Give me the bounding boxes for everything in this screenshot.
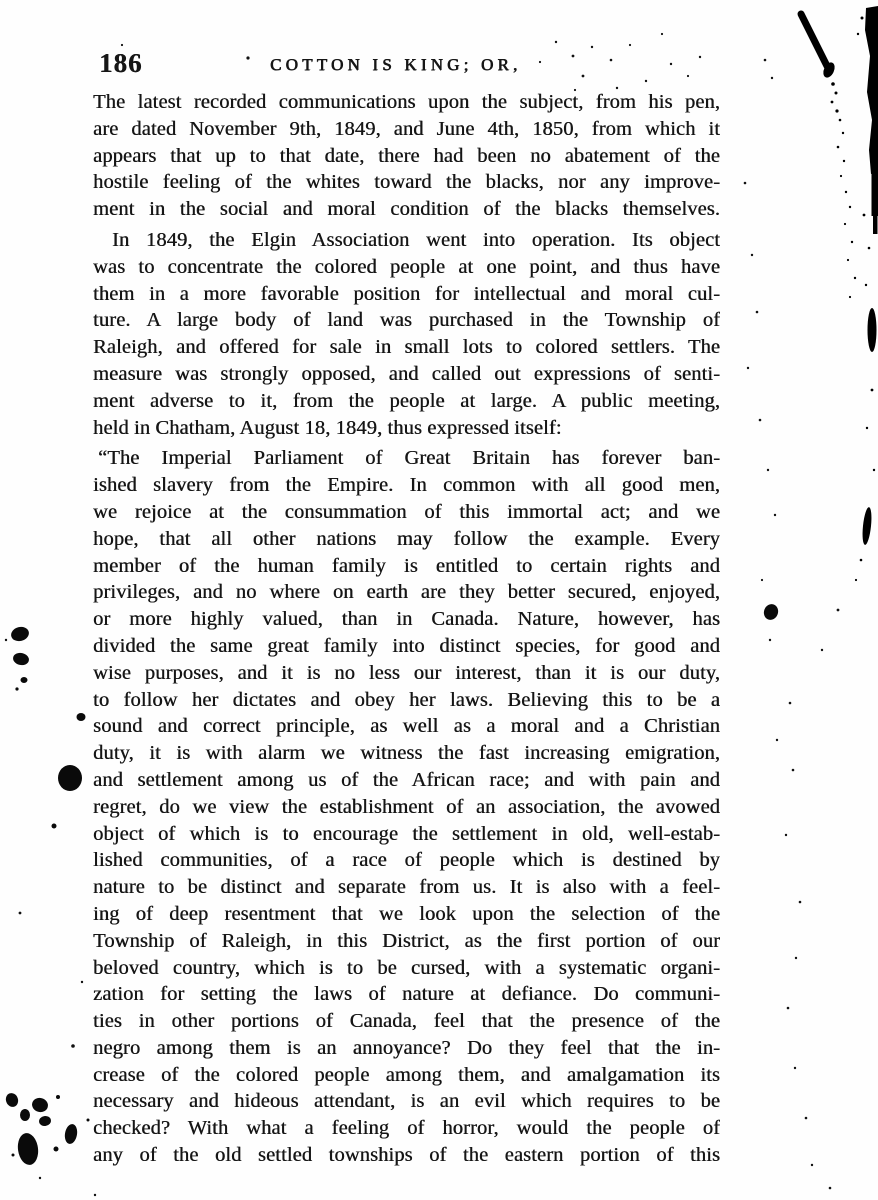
text-line: beloved country, which is to be cursed, …: [93, 955, 720, 982]
text-line: lished communities, of a race of people …: [93, 847, 720, 874]
paragraph: In 1849, the Elgin Association went into…: [93, 227, 720, 441]
text-line: object of which is to encourage the sett…: [93, 821, 720, 848]
text-line: privileges, and no where on earth are th…: [93, 579, 720, 606]
text-line: are dated November 9th, 1849, and June 4…: [93, 116, 720, 143]
text-line: appears that up to that date, there had …: [93, 143, 720, 170]
text-line: measure was strongly opposed, and called…: [93, 361, 720, 388]
text-line: crease of the colored people among them,…: [93, 1062, 720, 1089]
text-line: them in a more favorable position for in…: [93, 281, 720, 308]
text-line: member of the human family is entitled t…: [93, 553, 720, 580]
text-line: duty, it is with alarm we witness the fa…: [93, 740, 720, 767]
text-line: ment in the social and moral condition o…: [93, 196, 720, 223]
text-line: “The Imperial Parliament of Great Britai…: [93, 445, 720, 472]
text-line: ing of deep resentment that we look upon…: [93, 901, 720, 928]
text-line: zation for setting the laws of nature at…: [93, 981, 720, 1008]
text-line: we rejoice at the consummation of this i…: [93, 499, 720, 526]
text-line: ment adverse to it, from the people at l…: [93, 388, 720, 415]
text-line: ture. A large body of land was purchased…: [93, 307, 720, 334]
text-line: Township of Raleigh, in this District, a…: [93, 928, 720, 955]
text-line: checked? With what a feeling of horror, …: [93, 1115, 720, 1142]
text-line: and settlement among us of the African r…: [93, 767, 720, 794]
paragraph: The latest recorded communications upon …: [93, 89, 720, 223]
text-line: nature to be distinct and separate from …: [93, 874, 720, 901]
text-line: held in Chatham, August 18, 1849, thus e…: [93, 415, 720, 442]
page-number: 186: [99, 48, 143, 79]
paragraph: “The Imperial Parliament of Great Britai…: [93, 445, 720, 1169]
text-line: regret, do we view the establishment of …: [93, 794, 720, 821]
text-line: sound and correct principle, as well as …: [93, 713, 720, 740]
book-page: 186 COTTON IS KING; OR, The latest recor…: [0, 0, 878, 1200]
running-head: COTTON IS KING; OR,: [270, 55, 521, 75]
text-line: negro among them is an annoyance? Do the…: [93, 1035, 720, 1062]
scan-streak: [801, 14, 856, 298]
text-line: ished slavery from the Empire. In common…: [93, 472, 720, 499]
text-line: to follow her dictates and obey her laws…: [93, 687, 720, 714]
text-line: In 1849, the Elgin Association went into…: [93, 227, 720, 254]
text-line: Raleigh, and offered for sale in small l…: [93, 334, 720, 361]
text-line: any of the old settled townships of the …: [93, 1142, 720, 1169]
text-line: ties in other portions of Canada, feel t…: [93, 1008, 720, 1035]
page-body: The latest recorded communications upon …: [93, 89, 720, 1169]
text-line: hope, that all other nations may follow …: [93, 526, 720, 553]
text-line: was to concentrate the colored people at…: [93, 254, 720, 281]
text-line: hostile feeling of the whites toward the…: [93, 169, 720, 196]
text-line: or more highly valued, than in Canada. N…: [93, 606, 720, 633]
page-edge-shadow: [855, 6, 878, 581]
text-line: divided the same great family into disti…: [93, 633, 720, 660]
text-line: necessary and hideous attendant, is an e…: [93, 1088, 720, 1115]
text-line: wise purposes, and it is no less our int…: [93, 660, 720, 687]
text-line: The latest recorded communications upon …: [93, 89, 720, 116]
